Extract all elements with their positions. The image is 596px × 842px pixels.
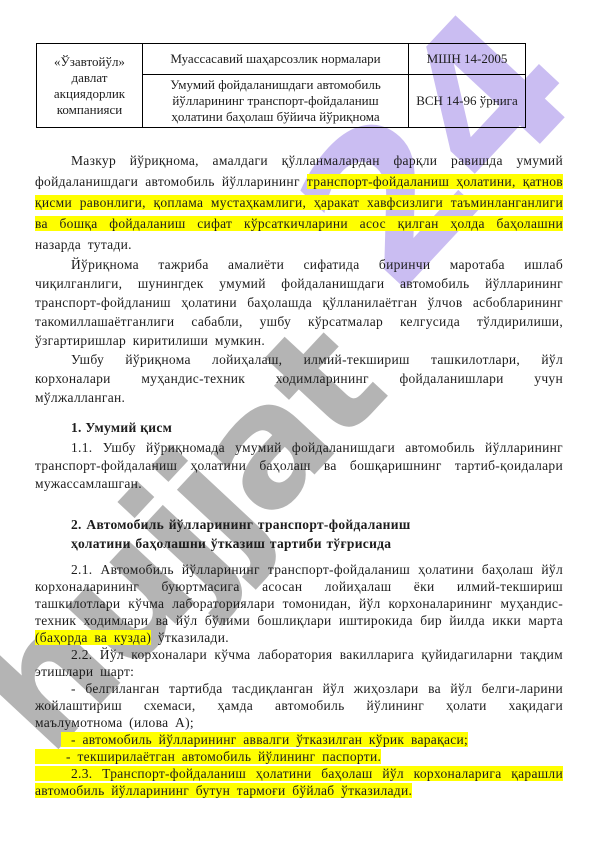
instruction-code-cell: ВСН 14-96 ўрнига <box>409 75 526 128</box>
section-2-heading-line1: 2. Автомобиль йўлларининг транспорт-фойд… <box>71 515 563 534</box>
org-name-cell: «Ўзавтойўл» давлат акциядорлик компанияс… <box>37 44 143 128</box>
document-body: «Ўзавтойўл» давлат акциядорлик компанияс… <box>0 0 596 799</box>
paragraph-2-3: 2.3. Транспорт-фойдаланиш ҳолатини баҳол… <box>35 765 563 799</box>
p21-text-start: 2.1. Автомобиль йўлларининг транспорт-фо… <box>35 562 563 628</box>
section-1-heading: 1. Умумий қисм <box>35 419 563 437</box>
paragraph-1-1: 1.1. Ушбу йўриқномада умумий фойдаланишд… <box>35 439 563 493</box>
paragraph-2-1: 2.1. Автомобиль йўлларининг транспорт-фо… <box>35 561 563 646</box>
header-table: «Ўзавтойўл» давлат акциядорлик компанияс… <box>36 43 526 128</box>
p21-text-end: ўтказилади. <box>151 630 229 645</box>
inspection-sheet-highlighted-text: - автомобиль йўлларининг аввалги ўтказил… <box>61 732 468 747</box>
section-2-heading: 2. Автомобиль йўлларининг транспорт-фойд… <box>35 515 563 553</box>
list-item-inspection-sheet: - автомобиль йўлларининг аввалги ўтказил… <box>35 731 563 748</box>
intro-text-end: назарда тутади. <box>35 237 132 252</box>
norms-code-cell: МШН 14-2005 <box>409 44 526 75</box>
road-passport-highlighted-text: - текширилаётган автомобиль йўлининг пас… <box>35 749 381 764</box>
paragraph-practice-note: Йўриқнома тажриба амалиёти сифатида бири… <box>35 255 563 350</box>
instruction-title-cell: Умумий фойдаланишдаги автомобиль йўллари… <box>143 75 409 128</box>
section-2-heading-line2: ҳолатини баҳолашни ўтказиш тартиби тўғри… <box>71 534 563 553</box>
list-item-scheme: - белгиланган тартибда тасдиқланган йўл … <box>35 680 563 731</box>
paragraph-2-2: 2.2. Йўл корхоналари кўчма лаборатория в… <box>35 646 563 680</box>
norms-title-cell: Муассасавий шаҳарсозлик нормалари <box>143 44 409 75</box>
p23-highlighted-text: 2.3. Транспорт-фойдаланиш ҳолатини баҳол… <box>35 766 563 798</box>
p21-highlighted-text: (баҳорда ва кузда) <box>35 630 151 645</box>
document-page: hujjat 24 «Ўзавтойўл» давлат акциядорлик… <box>0 0 596 842</box>
paragraph-audience: Ушбу йўриқнома лойиҳалаш, илмий-текшириш… <box>35 350 563 407</box>
list-item-road-passport: - текширилаётган автомобиль йўлининг пас… <box>35 748 563 765</box>
paragraph-intro: Мазкур йўриқнома, амалдаги қўлланмаларда… <box>35 150 563 255</box>
